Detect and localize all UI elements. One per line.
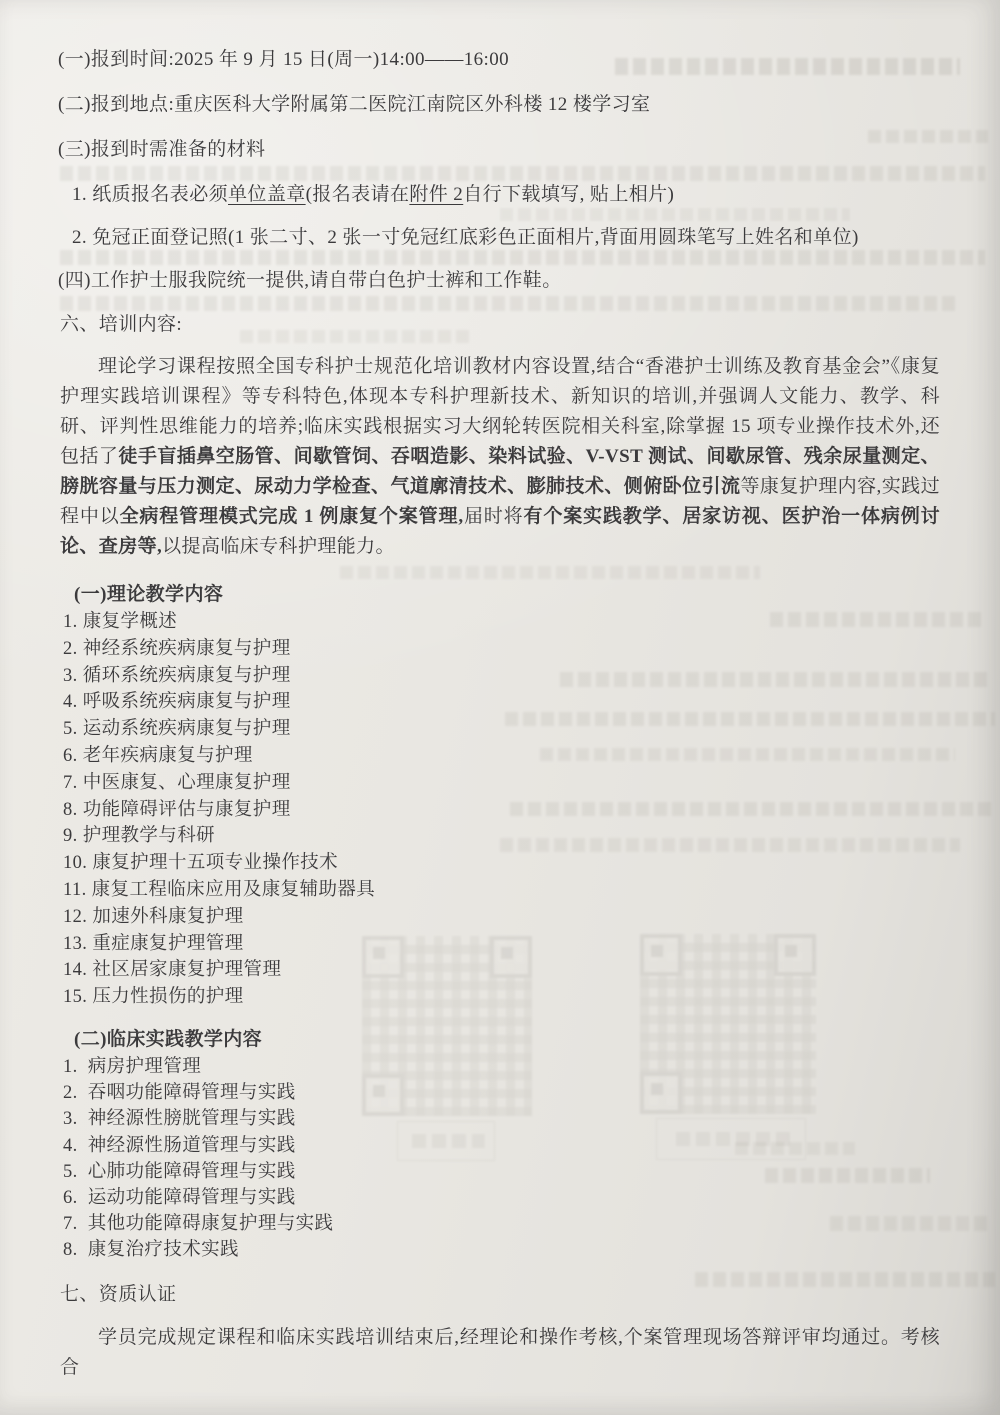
list-item: 6. 老年疾病康复与护理	[63, 743, 563, 770]
text-segment: (一)理论教学内容	[74, 584, 223, 605]
uniform-line: (四)工作护士服我院统一提供,请自带白色护士裤和工作鞋。	[58, 269, 958, 293]
bleedthrough-line	[770, 612, 985, 627]
practice-content-list: 1. 病房护理管理2. 吞咽功能障碍管理与实践3. 神经源性膀胱管理与实践4. …	[63, 1054, 563, 1264]
bleedthrough-line	[60, 296, 960, 311]
text-segment: 单位盖章	[228, 184, 306, 205]
text-segment: 学员完成规定课程和临床实践培训结束后,经理论和操作考核,个案管理现场答辩评审均通…	[60, 1327, 940, 1378]
qr-finder-icon	[640, 1072, 682, 1114]
list-item: 11. 康复工程临床应用及康复辅助器具	[63, 877, 563, 904]
bleedthrough-line	[60, 250, 985, 265]
checkin-place-line: (二)报到地点:重庆医科大学附属第二医院江南院区外科楼 12 楼学习室	[58, 93, 958, 117]
material-item-2: 2. 免冠正面登记照(1 张二寸、2 张一寸免冠红底彩色正面相片,背面用圆珠笔写…	[72, 226, 962, 250]
text-segment: (三)报到时需准备的材料	[58, 139, 265, 160]
text-segment: 附件 2	[409, 184, 463, 205]
list-item: 12. 加速外科康复护理	[63, 904, 563, 931]
list-item: 4. 神经源性肠道管理与实践	[63, 1133, 563, 1159]
list-item: 3. 循环系统疾病康复与护理	[63, 663, 563, 690]
theory-content-list: 1. 康复学概述2. 神经系统疾病康复与护理3. 循环系统疾病康复与护理4. 呼…	[63, 609, 563, 1011]
checkin-time-line: (一)报到时间:2025 年 9 月 15 日(周一)14:00——16:00	[58, 48, 958, 72]
bleedthrough-qr-label-right	[656, 1118, 806, 1160]
list-item: 4. 呼吸系统疾病康复与护理	[63, 689, 563, 716]
bleedthrough-line	[540, 748, 955, 761]
certification-paragraph: 学员完成规定课程和临床实践培训结束后,经理论和操作考核,个案管理现场答辩评审均通…	[60, 1323, 940, 1383]
list-item: 8. 康复治疗技术实践	[63, 1237, 563, 1263]
text-segment: 自行下载填写, 贴上相片)	[463, 184, 674, 205]
bleedthrough-line	[340, 566, 760, 579]
list-item: 15. 压力性损伤的护理	[63, 984, 563, 1011]
list-item: 7. 其他功能障碍康复护理与实践	[63, 1211, 563, 1237]
list-item: 6. 运动功能障碍管理与实践	[63, 1185, 563, 1211]
bleedthrough-line	[830, 1216, 990, 1231]
practice-content-heading: (二)临床实践教学内容	[74, 1028, 474, 1052]
text-segment: 1. 纸质报名表必须	[72, 184, 228, 205]
list-item: 5. 运动系统疾病康复与护理	[63, 716, 563, 743]
text-segment: (报名表请在	[306, 184, 410, 205]
bleedthrough-line	[560, 672, 990, 687]
bleedthrough-line	[695, 1272, 995, 1287]
list-item: 3. 神经源性膀胱管理与实践	[63, 1106, 563, 1132]
text-segment: 七、资质认证	[60, 1284, 176, 1305]
list-item: 5. 心肺功能障碍管理与实践	[63, 1159, 563, 1185]
text-segment: 届时将	[463, 506, 523, 527]
list-item: 14. 社区居家康复护理管理	[63, 957, 563, 984]
bleedthrough-line	[500, 838, 960, 852]
text-segment: 以提高临床专科护理能力。	[162, 536, 395, 557]
list-item: 7. 中医康复、心理康复护理	[63, 770, 563, 797]
text-segment: 全病程管理模式完成 1 例康复个案管理,	[120, 506, 464, 527]
list-item: 2. 神经系统疾病康复与护理	[63, 636, 563, 663]
list-item: 10. 康复护理十五项专业操作技术	[63, 850, 563, 877]
text-segment: 六、培训内容:	[60, 314, 182, 335]
material-item-1: 1. 纸质报名表必须单位盖章(报名表请在附件 2自行下载填写, 贴上相片)	[72, 183, 962, 207]
bleedthrough-line	[735, 1142, 855, 1155]
bleedthrough-line	[505, 712, 995, 726]
list-item: 2. 吞咽功能障碍管理与实践	[63, 1080, 563, 1106]
section-7-heading: 七、资质认证	[60, 1283, 460, 1307]
qr-finder-icon	[640, 934, 682, 976]
list-item: 1. 康复学概述	[63, 609, 563, 636]
bleedthrough-line	[500, 208, 850, 221]
section-6-heading: 六、培训内容:	[60, 313, 460, 337]
bleedthrough-qr-code-right	[640, 934, 816, 1114]
materials-heading: (三)报到时需准备的材料	[58, 138, 958, 162]
text-segment: (二)临床实践教学内容	[74, 1029, 262, 1050]
list-item: 9. 护理教学与科研	[63, 823, 563, 850]
bleedthrough-line	[510, 802, 995, 816]
list-item: 8. 功能障碍评估与康复护理	[63, 797, 563, 824]
text-segment: (四)工作护士服我院统一提供,请自带白色护士裤和工作鞋。	[58, 270, 562, 291]
bleedthrough-line	[765, 1168, 930, 1183]
scanned-document-page: (一)报到时间:2025 年 9 月 15 日(周一)14:00——16:00 …	[0, 0, 1000, 1415]
list-item: 13. 重症康复护理管理	[63, 931, 563, 958]
text-segment: (一)报到时间:2025 年 9 月 15 日(周一)14:00——16:00	[58, 49, 509, 70]
training-content-paragraph: 理论学习课程按照全国专科护士规范化培训教材内容设置,结合“香港护士训练及教育基金…	[60, 352, 940, 562]
bleedthrough-line	[60, 166, 985, 181]
text-segment: 2. 免冠正面登记照(1 张二寸、2 张一寸免冠红底彩色正面相片,背面用圆珠笔写…	[72, 227, 859, 248]
theory-content-heading: (一)理论教学内容	[74, 583, 474, 607]
list-item: 1. 病房护理管理	[63, 1054, 563, 1080]
qr-finder-icon	[774, 934, 816, 976]
text-segment: (二)报到地点:重庆医科大学附属第二医院江南院区外科楼 12 楼学习室	[58, 94, 650, 115]
